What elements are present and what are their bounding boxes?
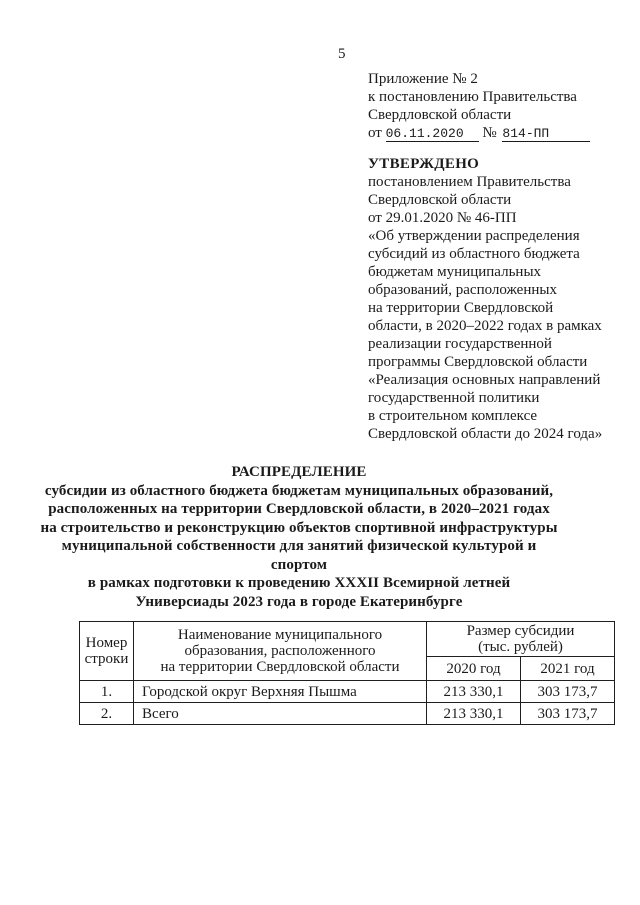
text-line: субсидий из областного бюджета bbox=[368, 245, 624, 263]
text-line: Свердловской области до 2024 года» bbox=[368, 425, 624, 443]
text-line: «Об утверждении распределения bbox=[368, 227, 624, 245]
text-line: на территории Свердловской bbox=[368, 299, 624, 317]
col-header-municipality: Наименование муниципальногообразования, … bbox=[134, 622, 427, 681]
table-header-row: Номер строки Наименование муниципального… bbox=[80, 622, 615, 657]
municipality-cell: Всего bbox=[134, 703, 427, 725]
row-number-cell: 2. bbox=[80, 703, 134, 725]
table-row: 1. Городской округ Верхняя Пышма 213 330… bbox=[80, 681, 615, 703]
text-line: Универсиады 2023 года в городе Екатеринб… bbox=[33, 593, 565, 612]
text-line: расположенных на территории Свердловской… bbox=[33, 500, 565, 519]
text-line: Свердловской области bbox=[368, 191, 624, 209]
subsidy-distribution-table: Номер строки Наименование муниципального… bbox=[79, 621, 615, 725]
municipality-cell: Городской округ Верхняя Пышма bbox=[134, 681, 427, 703]
heading-title: РАСПРЕДЕЛЕНИЕ bbox=[33, 463, 565, 482]
text-line: бюджетам муниципальных bbox=[368, 263, 624, 281]
date-prefix: от bbox=[368, 125, 382, 141]
approval-lines: постановлением ПравительстваСвердловской… bbox=[368, 173, 624, 443]
text-line: в строительном комплексе bbox=[368, 407, 624, 425]
document-heading: РАСПРЕДЕЛЕНИЕ субсидии из областного бюд… bbox=[33, 463, 565, 611]
text-line: образований, расположенных bbox=[368, 281, 624, 299]
appendix-lines: Приложение № 2к постановлению Правительс… bbox=[368, 70, 624, 124]
col-header-year-2020: 2020 год bbox=[427, 657, 521, 681]
text-line: «Реализация основных направлений bbox=[368, 371, 624, 389]
text-line: программы Свердловской области bbox=[368, 353, 624, 371]
table-row: 2. Всего 213 330,1 303 173,7 bbox=[80, 703, 615, 725]
heading-lines: субсидии из областного бюджета бюджетам … bbox=[33, 482, 565, 612]
text-line: реализации государственной bbox=[368, 335, 624, 353]
text-line: Приложение № 2 bbox=[368, 70, 624, 88]
page-number: 5 bbox=[338, 46, 346, 63]
appendix-date-line: от 06.11.2020 № 814-ПП bbox=[368, 124, 624, 142]
document-page: 5 Приложение № 2к постановлению Правител… bbox=[0, 0, 640, 905]
text-line: Свердловской области bbox=[368, 106, 624, 124]
amount-2021-cell: 303 173,7 bbox=[521, 681, 615, 703]
amount-2021-cell: 303 173,7 bbox=[521, 703, 615, 725]
text-line: в рамках подготовки к проведению XXXII В… bbox=[33, 574, 565, 593]
text-line: государственной политики bbox=[368, 389, 624, 407]
approval-title: УТВЕРЖДЕНО bbox=[368, 155, 624, 173]
resolution-number-value: 814-ПП bbox=[502, 125, 590, 142]
row-number-cell: 1. bbox=[80, 681, 134, 703]
col-header-subsidy-size: Размер субсидии (тыс. рублей) bbox=[427, 622, 615, 657]
col-header-row-number: Номер строки bbox=[80, 622, 134, 681]
text-line: субсидии из областного бюджета бюджетам … bbox=[33, 482, 565, 501]
number-sign: № bbox=[482, 125, 496, 141]
text-line: образования, расположенного bbox=[137, 643, 423, 659]
municipality-header-lines: Наименование муниципальногообразования, … bbox=[137, 627, 423, 675]
text-line: Наименование муниципального bbox=[137, 627, 423, 643]
text-line: области, в 2020–2022 годах в рамках bbox=[368, 317, 624, 335]
amount-2020-cell: 213 330,1 bbox=[427, 681, 521, 703]
approval-block: УТВЕРЖДЕНО постановлением ПравительстваС… bbox=[368, 155, 624, 443]
col-header-year-2021: 2021 год bbox=[521, 657, 615, 681]
text-line: муниципальной собственности для занятий … bbox=[33, 537, 565, 574]
text-line: от 29.01.2020 № 46-ПП bbox=[368, 209, 624, 227]
subsidy-header-line2: (тыс. рублей) bbox=[430, 639, 611, 655]
text-line: на территории Свердловской области bbox=[137, 659, 423, 675]
text-line: на строительство и реконструкцию объекто… bbox=[33, 519, 565, 538]
text-line: к постановлению Правительства bbox=[368, 88, 624, 106]
text-line: постановлением Правительства bbox=[368, 173, 624, 191]
appendix-block: Приложение № 2к постановлению Правительс… bbox=[368, 70, 624, 142]
amount-2020-cell: 213 330,1 bbox=[427, 703, 521, 725]
subsidy-header-line1: Размер субсидии bbox=[430, 623, 611, 639]
resolution-date-value: 06.11.2020 bbox=[386, 125, 479, 142]
